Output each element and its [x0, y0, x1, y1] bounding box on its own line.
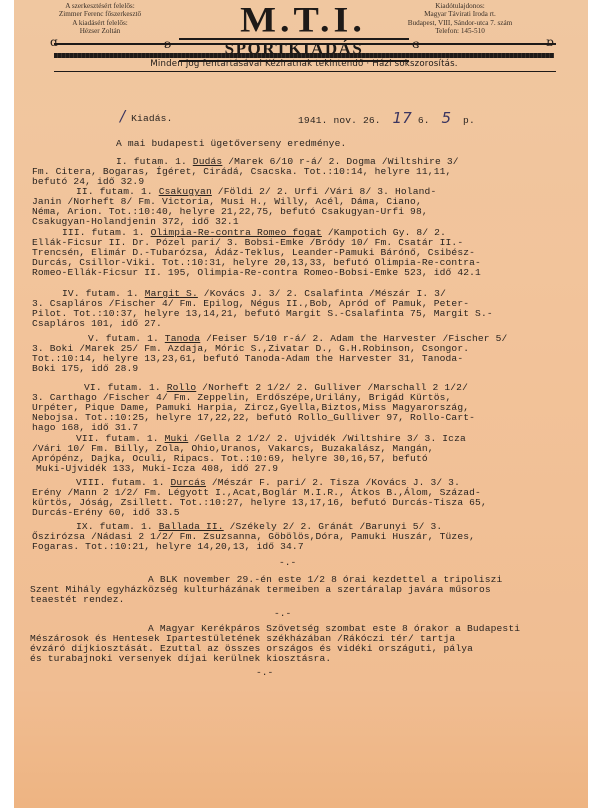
ornament-scroll-icon: ɞ — [412, 38, 419, 50]
separator: -.- — [256, 668, 273, 678]
masthead-left-line: Zimmer Ferenc főszerkesztő — [40, 10, 160, 18]
dateline: / Kiadás. — [120, 111, 173, 124]
race-line: Csapláros 101, idő 27. — [32, 319, 162, 329]
masthead: A szerkesztésért felelős: Zimmer Ferenc … — [14, 0, 588, 75]
minute-suffix: p. — [463, 115, 475, 126]
handwritten-minute: 5 — [442, 109, 452, 127]
separator: -.- — [279, 558, 296, 568]
rights-notice: Minden jog fentartásával Kéziratnak teki… — [44, 59, 564, 70]
race-line: Fogaras. Tot.:10:21, helyre 14,20,13, id… — [32, 542, 304, 552]
handwritten-edition-mark: / — [120, 107, 125, 125]
dateline-date: 1941. nov. 26. 17 6. 5 p. — [298, 113, 475, 126]
masthead-left-line: A szerkesztésért felelős: — [40, 2, 160, 10]
date: 1941. nov. 26. — [298, 115, 381, 126]
masthead-bottom-rule — [54, 71, 556, 72]
notice-line: és turabajnoki versenyek díjai kerülnek … — [30, 654, 331, 664]
handwritten-hour: 17 — [393, 109, 412, 127]
ornament-scroll-icon: ʚ — [164, 38, 171, 50]
masthead-right-line: Telefon: 145-510 — [394, 27, 526, 35]
edition-label: Kiadás. — [131, 113, 172, 124]
race-line: Muki-Ujvidék 133, Muki-Icza 408, idő 27.… — [36, 464, 278, 474]
masthead-editors: A szerkesztésért felelős: Zimmer Ferenc … — [40, 2, 160, 35]
race-line: Csakugyan-Holandjenin 372, idő 32.1 — [32, 217, 239, 227]
masthead-right-line: Kiadótulajdonos: — [394, 2, 526, 10]
race-line: Romeo-Ellák-Ficsur II. 195, Olimpia-Re-c… — [32, 268, 481, 278]
hour-suffix: 6. — [418, 115, 430, 126]
notice-line: teaestét rendez. — [30, 595, 125, 605]
masthead-left-line: Hézser Zoltán — [40, 27, 160, 35]
headline: A mai budapesti ügetőverseny eredménye. — [116, 139, 346, 149]
masthead-left-line: A kiadásért felelős: — [40, 19, 160, 27]
race-line: Durcás-Erény 60, idő 33.5 — [32, 508, 180, 518]
document-page: A szerkesztésért felelős: Zimmer Ferenc … — [14, 0, 588, 808]
ornament-scroll-icon: ɒ — [546, 36, 554, 48]
mti-logo: M.T.I. — [196, 2, 410, 38]
masthead-right-line: Magyar Távirati Iroda rt. — [394, 10, 526, 18]
section-title: SPORTKIADÁS — [179, 40, 409, 58]
race-line: Boki 175, idő 28.9 — [32, 364, 138, 374]
ornament-scroll-icon: ɑ — [50, 36, 58, 48]
masthead-publisher: Kiadótulajdonos: Magyar Távirati Iroda r… — [394, 2, 526, 35]
separator: -.- — [274, 609, 291, 619]
race-line: hago 168, idő 31.7 — [32, 423, 138, 433]
masthead-right-line: Budapest, VIII, Sándor-utca 7. szám — [394, 19, 526, 27]
